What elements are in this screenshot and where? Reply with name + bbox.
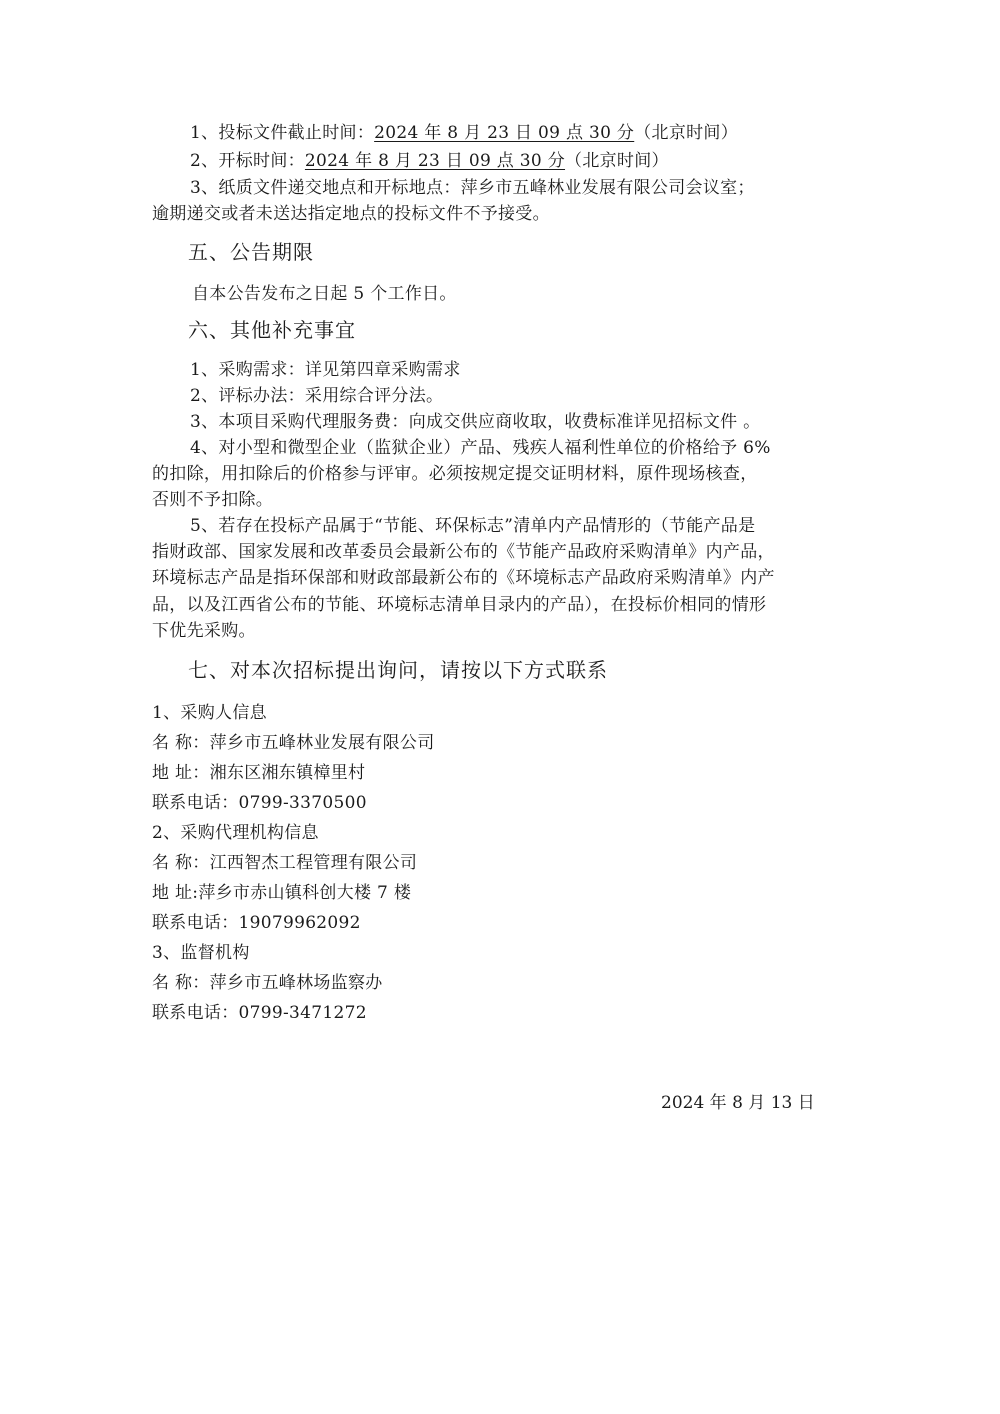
section6-heading: 六、其他补充事宜: [188, 318, 356, 342]
section6-item5-line1: 5、若存在投标产品属于“节能、环保标志”清单内产品情形的（节能产品是: [190, 516, 910, 536]
bid-opening-suffix: （北京时间）: [565, 151, 669, 171]
bid-deadline-line: 1、投标文件截止时间：2024 年 8 月 23 日 09 点 30 分（北京时…: [190, 123, 910, 143]
document-page: 1、投标文件截止时间：2024 年 8 月 23 日 09 点 30 分（北京时…: [0, 0, 1000, 1414]
purchaser-phone: 联系电话：0799-3370500: [152, 793, 872, 813]
agency-info-title: 2、采购代理机构信息: [152, 823, 872, 843]
bid-opening-line: 2、开标时间：2024 年 8 月 23 日 09 点 30 分（北京时间）: [190, 151, 910, 171]
bid-opening-label: 2、开标时间：: [190, 151, 305, 171]
agency-phone: 联系电话：19079962092: [152, 913, 872, 933]
section6-item5-line3: 环境标志产品是指环保部和财政部最新公布的《环境标志产品政府采购清单》内产: [152, 568, 872, 588]
section6-item5-line5: 下优先采购。: [152, 621, 872, 641]
supervisor-info-title: 3、监督机构: [152, 943, 872, 963]
bid-deadline-label: 1、投标文件截止时间：: [190, 123, 374, 143]
section5-heading: 五、公告期限: [188, 240, 314, 264]
section6-item2: 2、评标办法：采用综合评分法。: [190, 386, 910, 406]
purchaser-name: 名 称：萍乡市五峰林业发展有限公司: [152, 733, 872, 753]
bid-deadline-suffix: （北京时间）: [634, 123, 738, 143]
bid-opening-value: 2024 年 8 月 23 日 09 点 30 分: [305, 151, 565, 171]
section6-item5-line4: 品，以及江西省公布的节能、环境标志清单目录内的产品），在投标价相同的情形: [152, 595, 872, 615]
purchaser-address: 地 址：湘东区湘东镇樟里村: [152, 763, 872, 783]
section7-heading: 七、对本次招标提出询问，请按以下方式联系: [188, 658, 608, 682]
agency-address: 地 址:萍乡市赤山镇科创大楼 7 楼: [152, 883, 872, 903]
document-date: 2024 年 8 月 13 日: [661, 1093, 815, 1113]
purchaser-info-title: 1、采购人信息: [152, 703, 872, 723]
supervisor-phone: 联系电话：0799-3471272: [152, 1003, 872, 1023]
supervisor-name: 名 称：萍乡市五峰林场监察办: [152, 973, 872, 993]
section6-item4-line1: 4、对小型和微型企业（监狱企业）产品、残疾人福利性单位的价格给予 6%: [190, 438, 910, 458]
submission-location-line1: 3、纸质文件递交地点和开标地点：萍乡市五峰林业发展有限公司会议室；: [190, 178, 910, 198]
section6-item3: 3、本项目采购代理服务费：向成交供应商收取，收费标准详见招标文件 。: [190, 412, 910, 432]
agency-name: 名 称：江西智杰工程管理有限公司: [152, 853, 872, 873]
section6-item4-line3: 否则不予扣除。: [152, 490, 872, 510]
bid-deadline-value: 2024 年 8 月 23 日 09 点 30 分: [374, 123, 634, 143]
section6-item4-line2: 的扣除，用扣除后的价格参与评审。必须按规定提交证明材料，原件现场核查，: [152, 464, 872, 484]
section6-item1: 1、采购需求：详见第四章采购需求: [190, 360, 910, 380]
submission-location-line2: 逾期递交或者未送达指定地点的投标文件不予接受。: [152, 204, 872, 224]
section6-item5-line2: 指财政部、国家发展和改革委员会最新公布的《节能产品政府采购清单》内产品，: [152, 542, 872, 562]
announcement-period-text: 自本公告发布之日起 5 个工作日。: [192, 284, 912, 304]
